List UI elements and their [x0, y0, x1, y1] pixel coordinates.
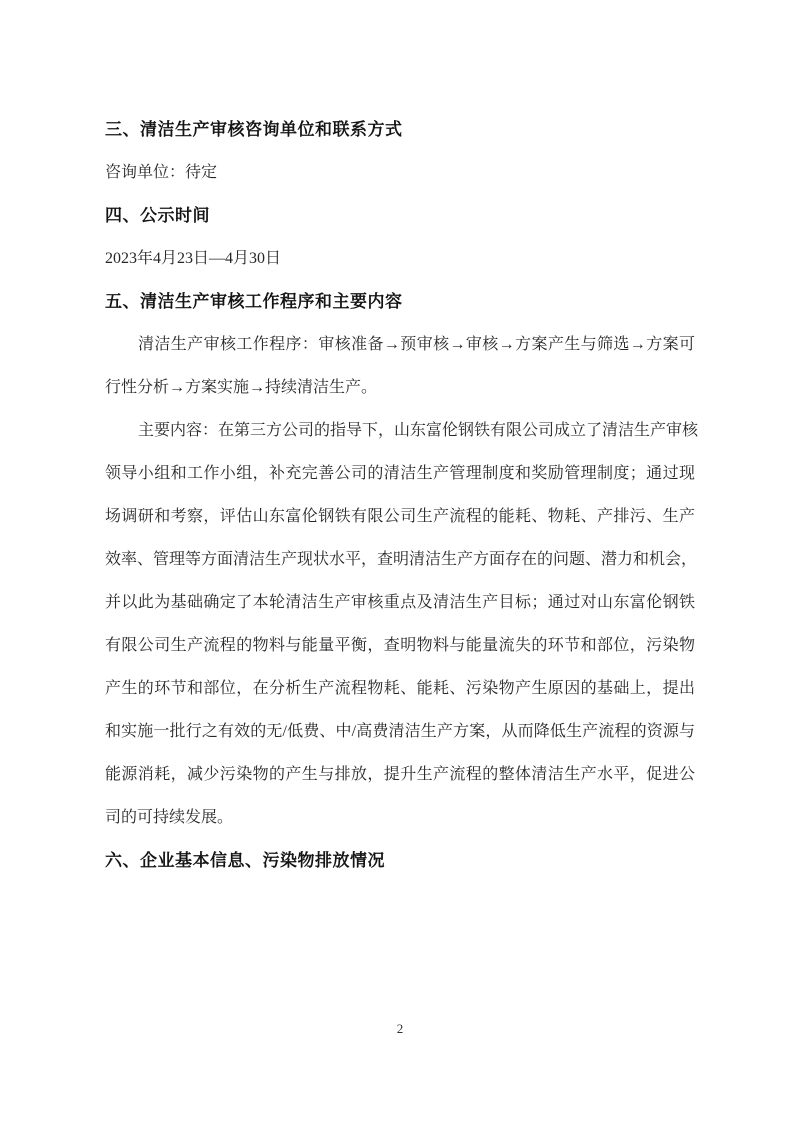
text-line: 2023年4月23日—4月30日	[105, 237, 695, 280]
text-line: 清洁生产审核工作程序：审核准备→预审核→审核→方案产生与筛选→方案可	[105, 323, 695, 366]
text-line: 能源消耗，减少污染物的产生与排放，提升生产流程的整体清洁生产水平，促进公	[105, 753, 695, 796]
text-line: 领导小组和工作小组，补充完善公司的清洁生产管理制度和奖励管理制度；通过现	[105, 452, 695, 495]
text-line: 主要内容：在第三方公司的指导下，山东富伦钢铁有限公司成立了清洁生产审核	[105, 409, 695, 452]
text-line: 效率、管理等方面清洁生产现状水平，查明清洁生产方面存在的问题、潜力和机会，	[105, 538, 695, 581]
section-heading: 三、清洁生产审核咨询单位和联系方式	[105, 108, 695, 151]
document-page: 三、清洁生产审核咨询单位和联系方式咨询单位：待定四、公示时间2023年4月23日…	[0, 0, 800, 1131]
text-line: 行性分析→方案实施→持续清洁生产。	[105, 366, 695, 409]
text-line: 产生的环节和部位，在分析生产流程物耗、能耗、污染物产生原因的基础上，提出	[105, 667, 695, 710]
section-heading: 四、公示时间	[105, 194, 695, 237]
section-heading: 五、清洁生产审核工作程序和主要内容	[105, 280, 695, 323]
paragraph: 清洁生产审核工作程序：审核准备→预审核→审核→方案产生与筛选→方案可行性分析→方…	[105, 323, 695, 409]
text-line: 场调研和考察，评估山东富伦钢铁有限公司生产流程的能耗、物耗、产排污、生产	[105, 495, 695, 538]
text-line: 并以此为基础确定了本轮清洁生产审核重点及清洁生产目标；通过对山东富伦钢铁	[105, 581, 695, 624]
page-footer: 2	[0, 1020, 800, 1038]
text-line: 和实施一批行之有效的无/低费、中/高费清洁生产方案，从而降低生产流程的资源与	[105, 710, 695, 753]
paragraph: 咨询单位：待定	[105, 151, 695, 194]
paragraph: 主要内容：在第三方公司的指导下，山东富伦钢铁有限公司成立了清洁生产审核领导小组和…	[105, 409, 695, 839]
section-heading: 六、企业基本信息、污染物排放情况	[105, 839, 695, 882]
page-number: 2	[397, 1021, 404, 1036]
text-line: 司的可持续发展。	[105, 796, 695, 839]
document-content: 三、清洁生产审核咨询单位和联系方式咨询单位：待定四、公示时间2023年4月23日…	[105, 108, 695, 882]
paragraph: 2023年4月23日—4月30日	[105, 237, 695, 280]
text-line: 咨询单位：待定	[105, 151, 695, 194]
text-line: 有限公司生产流程的物料与能量平衡，查明物料与能量流失的环节和部位，污染物	[105, 624, 695, 667]
